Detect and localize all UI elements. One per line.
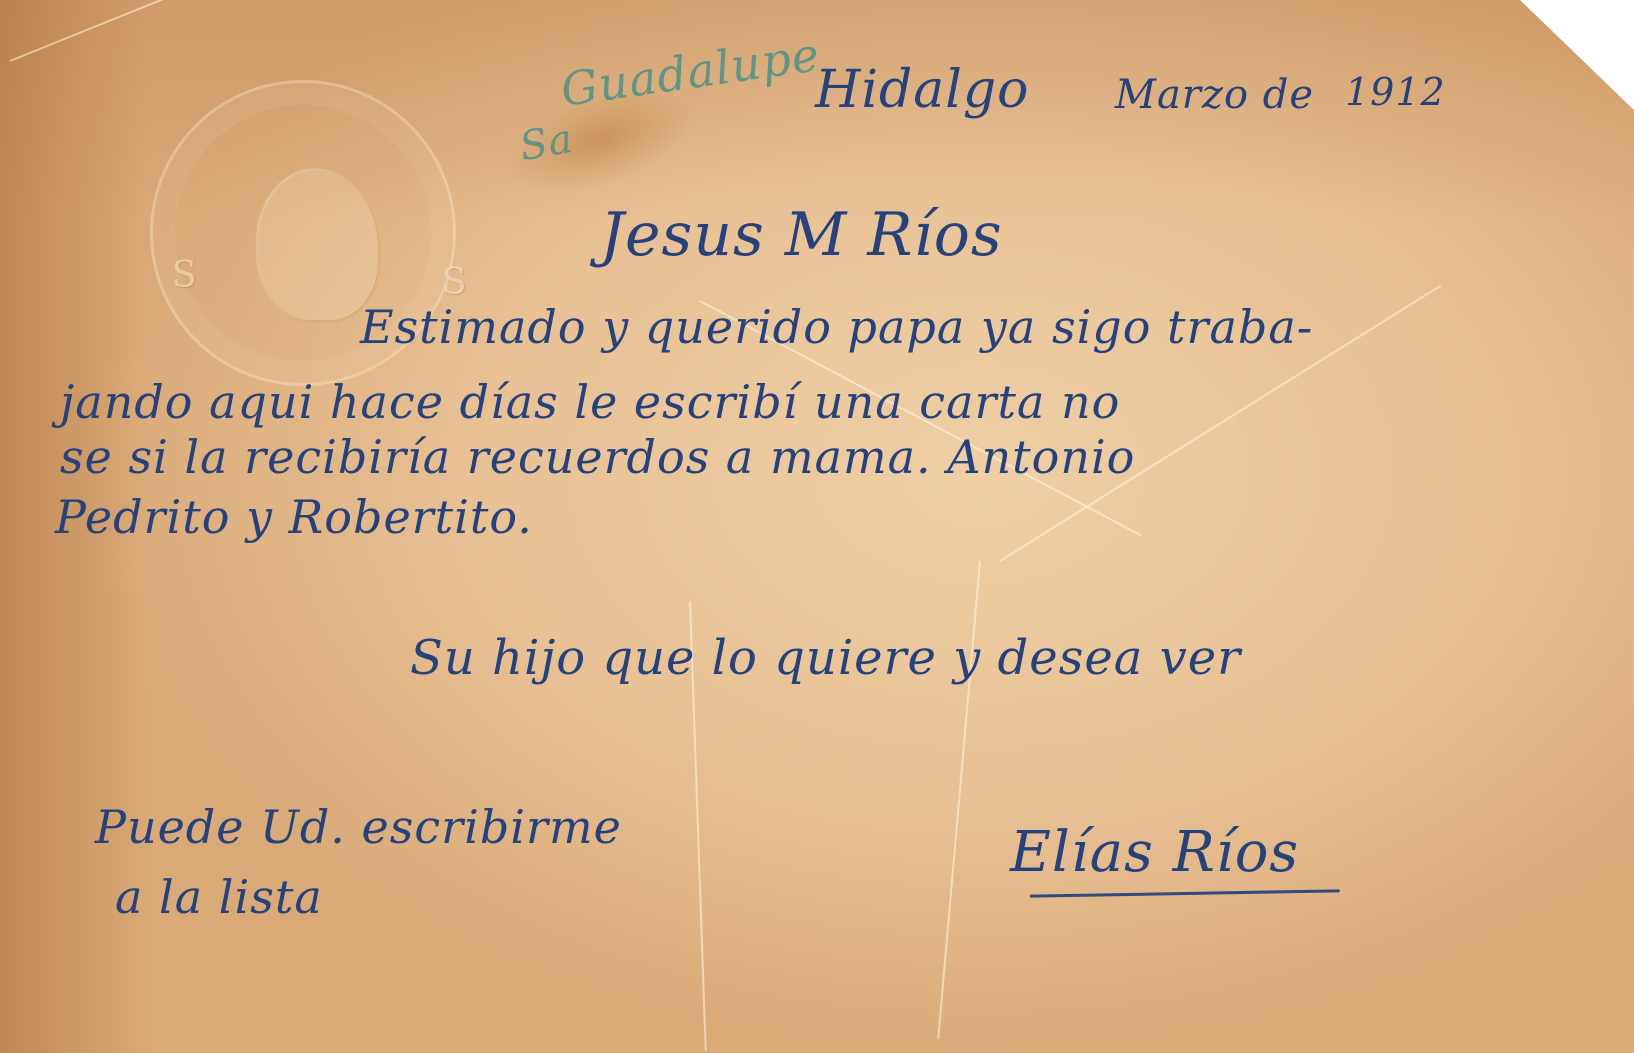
recipient-name: Jesus M Ríos [600,200,1003,270]
date-year: 1912 [1345,70,1446,114]
body-line-1: Estimado y querido papa ya sigo traba- [360,300,1313,354]
postscript-line-2: a la lista [115,870,323,924]
portrait-profile-icon [258,170,378,320]
signature: Elías Ríos [1010,820,1299,885]
signature-underline [1030,889,1340,897]
stamp-letter-right: S [442,262,467,303]
body-line-3: se si la recibiría recuerdos a mama. Ant… [60,430,1135,484]
body-line-2: jando aqui hace días le escribí una cart… [60,375,1120,429]
stamp-mark: Sa [516,116,576,171]
closing-line: Su hijo que lo quiere y desea ver [410,630,1241,686]
body-line-4: Pedrito y Robertito. [55,490,533,544]
stamp-letter-left: S [172,255,197,296]
postcard: S S Guadalupe Sa Hidalgo Marzo de 1912 J… [0,0,1634,1053]
date-month: Marzo de [1115,72,1314,118]
place-name: Hidalgo [815,60,1030,120]
postscript-line-1: Puede Ud. escribirme [95,800,622,854]
